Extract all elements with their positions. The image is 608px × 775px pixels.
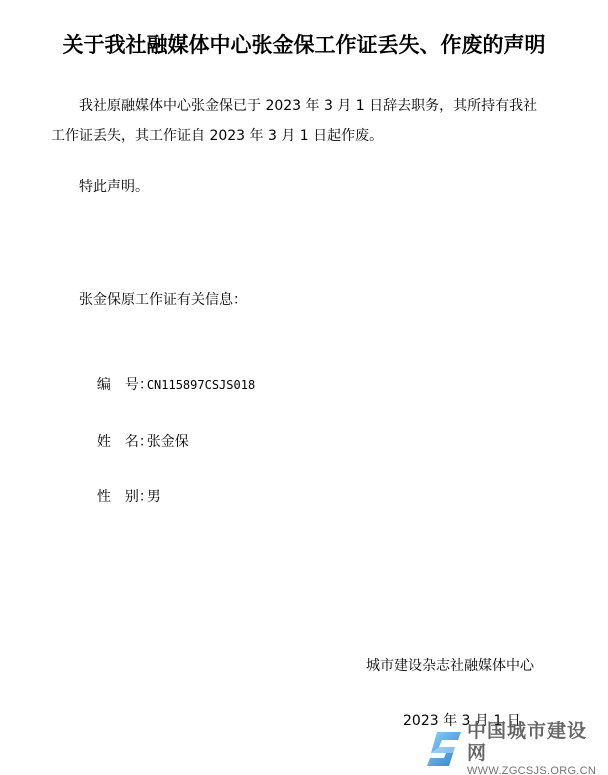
signature-organization: 城市建设杂志社融媒体中心 [366,652,534,680]
closing-statement: 特此声明。 [79,172,579,202]
label-char: 别 [125,482,139,512]
gender-value: 男 [147,489,161,505]
name-value: 张金保 [147,434,189,450]
watermark-site-name: 中国城市建设网 [467,720,605,764]
info-label: 编号： [97,370,147,400]
watermark-text: 中国城市建设网 WWW.ZGCSJS.ORG.CN [467,720,605,775]
cs-logo-icon [425,729,463,769]
statement-body-paragraph: 我社原融媒体中心张金保已于 2023 年 3 月 1 日辞去职务，其所持有我社工… [51,91,551,151]
info-row-gender: 性别：男 [79,452,161,542]
card-info-heading: 张金保原工作证有关信息： [79,285,579,315]
watermark-url: WWW.ZGCSJS.ORG.CN [467,764,605,775]
page-title: 关于我社融媒体中心张金保工作证丢失、作废的声明 [0,31,608,59]
label-char: 编 [97,370,111,400]
info-label: 性别： [97,482,147,512]
site-watermark: 中国城市建设网 WWW.ZGCSJS.ORG.CN [425,727,605,771]
label-char: 性 [97,482,111,512]
label-char: 号 [125,370,139,400]
card-number-value: CN115897CSJS018 [147,378,255,392]
